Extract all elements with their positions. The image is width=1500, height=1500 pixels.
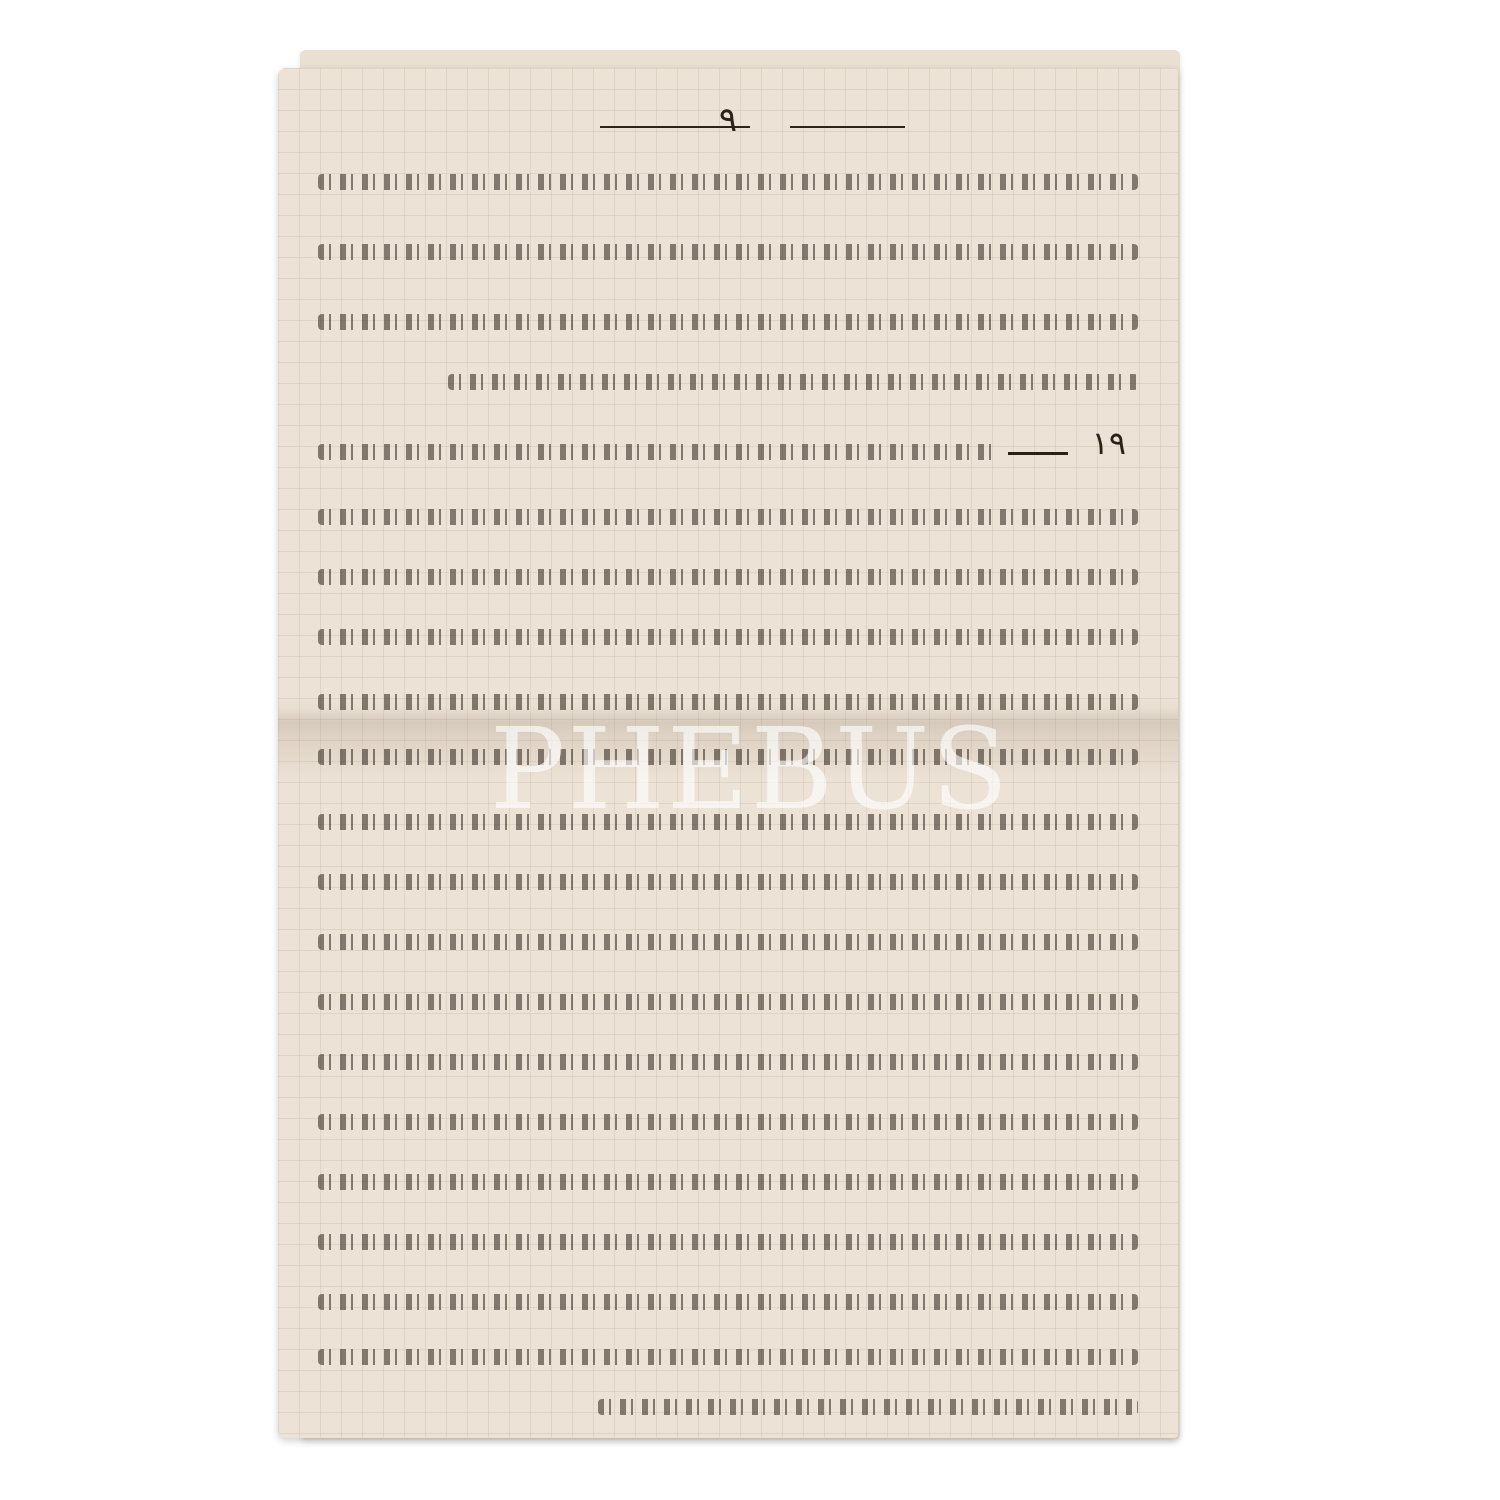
ink-text — [318, 509, 1138, 525]
ink-text — [598, 1399, 1138, 1415]
handwritten-line — [318, 1170, 1138, 1196]
ink-text — [318, 694, 1138, 710]
handwritten-line — [318, 625, 1138, 651]
ink-text — [318, 244, 1138, 260]
handwritten-line — [318, 990, 1138, 1016]
manuscript-page: ٩ ١٩ — [278, 68, 1178, 1438]
ink-text — [318, 314, 1138, 330]
ink-text — [318, 629, 1138, 645]
handwritten-line — [318, 870, 1138, 896]
ink-text — [318, 174, 1138, 190]
ink-text — [318, 1294, 1138, 1310]
handwritten-line — [318, 170, 1138, 196]
ink-text — [318, 1174, 1138, 1190]
ink-text — [318, 994, 1138, 1010]
handwritten-line — [318, 310, 1138, 336]
handwritten-line: ١٩ — [318, 440, 1138, 466]
ink-text — [318, 1349, 1138, 1365]
handwritten-line — [318, 930, 1138, 956]
handwritten-line — [318, 370, 1138, 396]
handwritten-line — [318, 810, 1138, 836]
handwritten-line — [318, 1050, 1138, 1076]
ink-text — [318, 749, 1138, 765]
ink-text — [318, 444, 998, 460]
page-number: ٩ — [278, 100, 1178, 140]
ink-text — [318, 1054, 1138, 1070]
ink-text — [318, 569, 1138, 585]
handwritten-line — [318, 1290, 1138, 1316]
ink-text — [318, 934, 1138, 950]
section-dash — [1008, 452, 1068, 455]
handwritten-line — [318, 1395, 1138, 1421]
handwritten-line — [318, 690, 1138, 716]
handwritten-line — [318, 1345, 1138, 1371]
handwritten-line — [318, 745, 1138, 771]
handwritten-line — [318, 1230, 1138, 1256]
section-number: ١٩ — [1092, 424, 1126, 462]
handwritten-line — [318, 565, 1138, 591]
ink-text — [318, 874, 1138, 890]
page-number-rule-right — [790, 126, 905, 128]
handwritten-line — [318, 505, 1138, 531]
handwritten-line — [318, 240, 1138, 266]
ink-text — [318, 814, 1138, 830]
handwritten-line — [318, 1110, 1138, 1136]
ink-text — [448, 374, 1138, 390]
ink-text — [318, 1234, 1138, 1250]
ink-text — [318, 1114, 1138, 1130]
